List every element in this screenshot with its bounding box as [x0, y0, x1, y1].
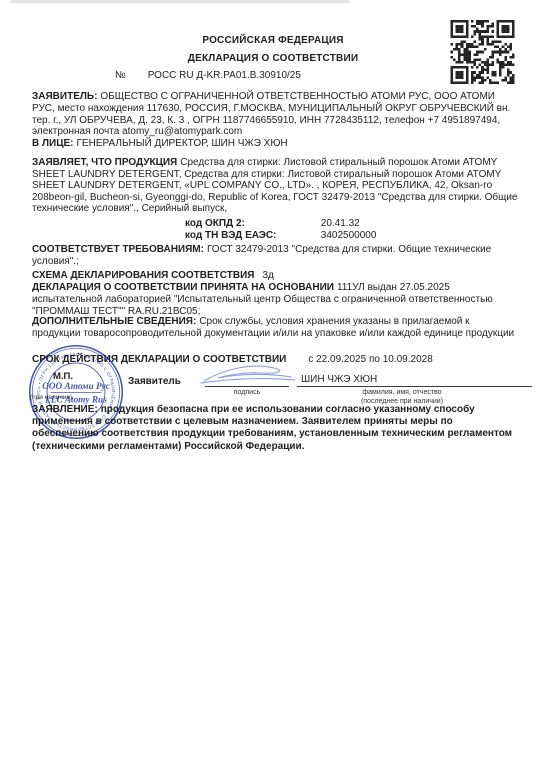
applicant-label: ЗАЯВИТЕЛЬ: [32, 91, 97, 102]
stamp-company-ru: ООО Атоми Рус [42, 382, 110, 392]
statement-text: продукция безопасна при ее использовании… [32, 404, 512, 452]
in-face-line: В ЛИЦЕ:ГЕНЕРАЛЬНЫЙ ДИРЕКТОР, ШИН ЧЖЭ ХЮН [32, 138, 518, 150]
additional-paragraph: ДОПОЛНИТЕЛЬНЫЕ СВЕДЕНИЯ:Срок службы, усл… [32, 316, 518, 340]
declares-label: ЗАЯВЛЯЕТ, ЧТО ПРОДУКЦИЯ [32, 157, 177, 168]
declaration-number-row: № РОСС RU Д-KR.РА01.В.30910/25 [115, 70, 301, 81]
signatory-name: ШИН ЧЖЭ ХЮН [301, 374, 377, 385]
declares-paragraph: ЗАЯВЛЯЕТ, ЧТО ПРОДУКЦИЯСредства для стир… [32, 157, 518, 215]
doc-title-country: РОССИЙСКАЯ ФЕДЕРАЦИЯ [0, 35, 546, 46]
okpd-value: 20.41.32 [321, 218, 360, 229]
tnved-value: 3402500000 [321, 230, 377, 241]
scan-artifact-smudge [10, 0, 350, 3]
applicant-paragraph: ЗАЯВИТЕЛЬ:ОБЩЕСТВО С ОГРАНИЧЕННОЙ ОТВЕТС… [32, 91, 518, 150]
number-sign-label: № [115, 70, 126, 81]
additional-label: ДОПОЛНИТЕЛЬНЫЕ СВЕДЕНИЯ: [32, 316, 196, 327]
validity-label: СРОК ДЕЙСТВИЯ ДЕКЛАРАЦИИ О СООТВЕТСТВИИ [32, 354, 286, 365]
in-face-label: В ЛИЦЕ: [32, 138, 74, 149]
mp-note: (при наличии) [30, 394, 72, 401]
code-row-tnved: код ТН ВЭД ЕАЭС: 3402500000 [185, 230, 376, 241]
code-row-okpd: код ОКПД 2: 20.41.32 [185, 218, 360, 229]
validity-line: СРОК ДЕЙСТВИЯ ДЕКЛАРАЦИИ О СООТВЕТСТВИИ … [32, 354, 518, 365]
mp-label: М.П. [53, 371, 73, 382]
statement-label: ЗАЯВЛЕНИЕ: [32, 404, 98, 415]
name-caption-1: фамилия, имя, отчество [297, 389, 507, 397]
scheme-label: СХЕМА ДЕКЛАРИРОВАНИЯ СООТВЕТСТВИЯ [32, 270, 254, 281]
statement-paragraph: ЗАЯВЛЕНИЕ:продукция безопасна при ее исп… [32, 404, 520, 453]
okpd-label: код ОКПД 2: [185, 218, 318, 229]
tnved-label: код ТН ВЭД ЕАЭС: [185, 230, 318, 241]
applicant-text: ОБЩЕСТВО С ОГРАНИЧЕННОЙ ОТВЕТСТВЕННОСТЬЮ… [32, 91, 510, 137]
in-face-text: ГЕНЕРАЛЬНЫЙ ДИРЕКТОР, ШИН ЧЖЭ ХЮН [77, 138, 288, 149]
declaration-number: РОСС RU Д-KR.РА01.В.30910/25 [148, 70, 301, 81]
conforms-paragraph: СООТВЕТСТВУЕТ ТРЕБОВАНИЯМ:ГОСТ 32479-201… [32, 244, 518, 268]
signature-line [205, 374, 289, 387]
basis-paragraph: ДЕКЛАРАЦИЯ О СООТВЕТСТВИИ ПРИНЯТА НА ОСН… [32, 282, 518, 317]
signature-caption: подпись [203, 389, 291, 397]
basis-label: ДЕКЛАРАЦИЯ О СООТВЕТСТВИИ ПРИНЯТА НА ОСН… [32, 282, 334, 293]
scheme-value: 3д [262, 270, 273, 281]
scheme-line: СХЕМА ДЕКЛАРИРОВАНИЯ СООТВЕТСТВИЯ3д [32, 270, 518, 282]
qr-code-icon [450, 20, 515, 84]
conforms-label: СООТВЕТСТВУЕТ ТРЕБОВАНИЯМ: [32, 244, 204, 255]
validity-dates: с 22.09.2025 по 10.09.2028 [308, 354, 432, 365]
applicant-sign-label: Заявитель [128, 376, 181, 387]
declaration-document-page: РОССИЙСКАЯ ФЕДЕРАЦИЯ ДЕКЛАРАЦИЯ О СООТВЕ… [0, 0, 546, 768]
doc-title: ДЕКЛАРАЦИЯ О СООТВЕТСТВИИ [0, 53, 546, 64]
